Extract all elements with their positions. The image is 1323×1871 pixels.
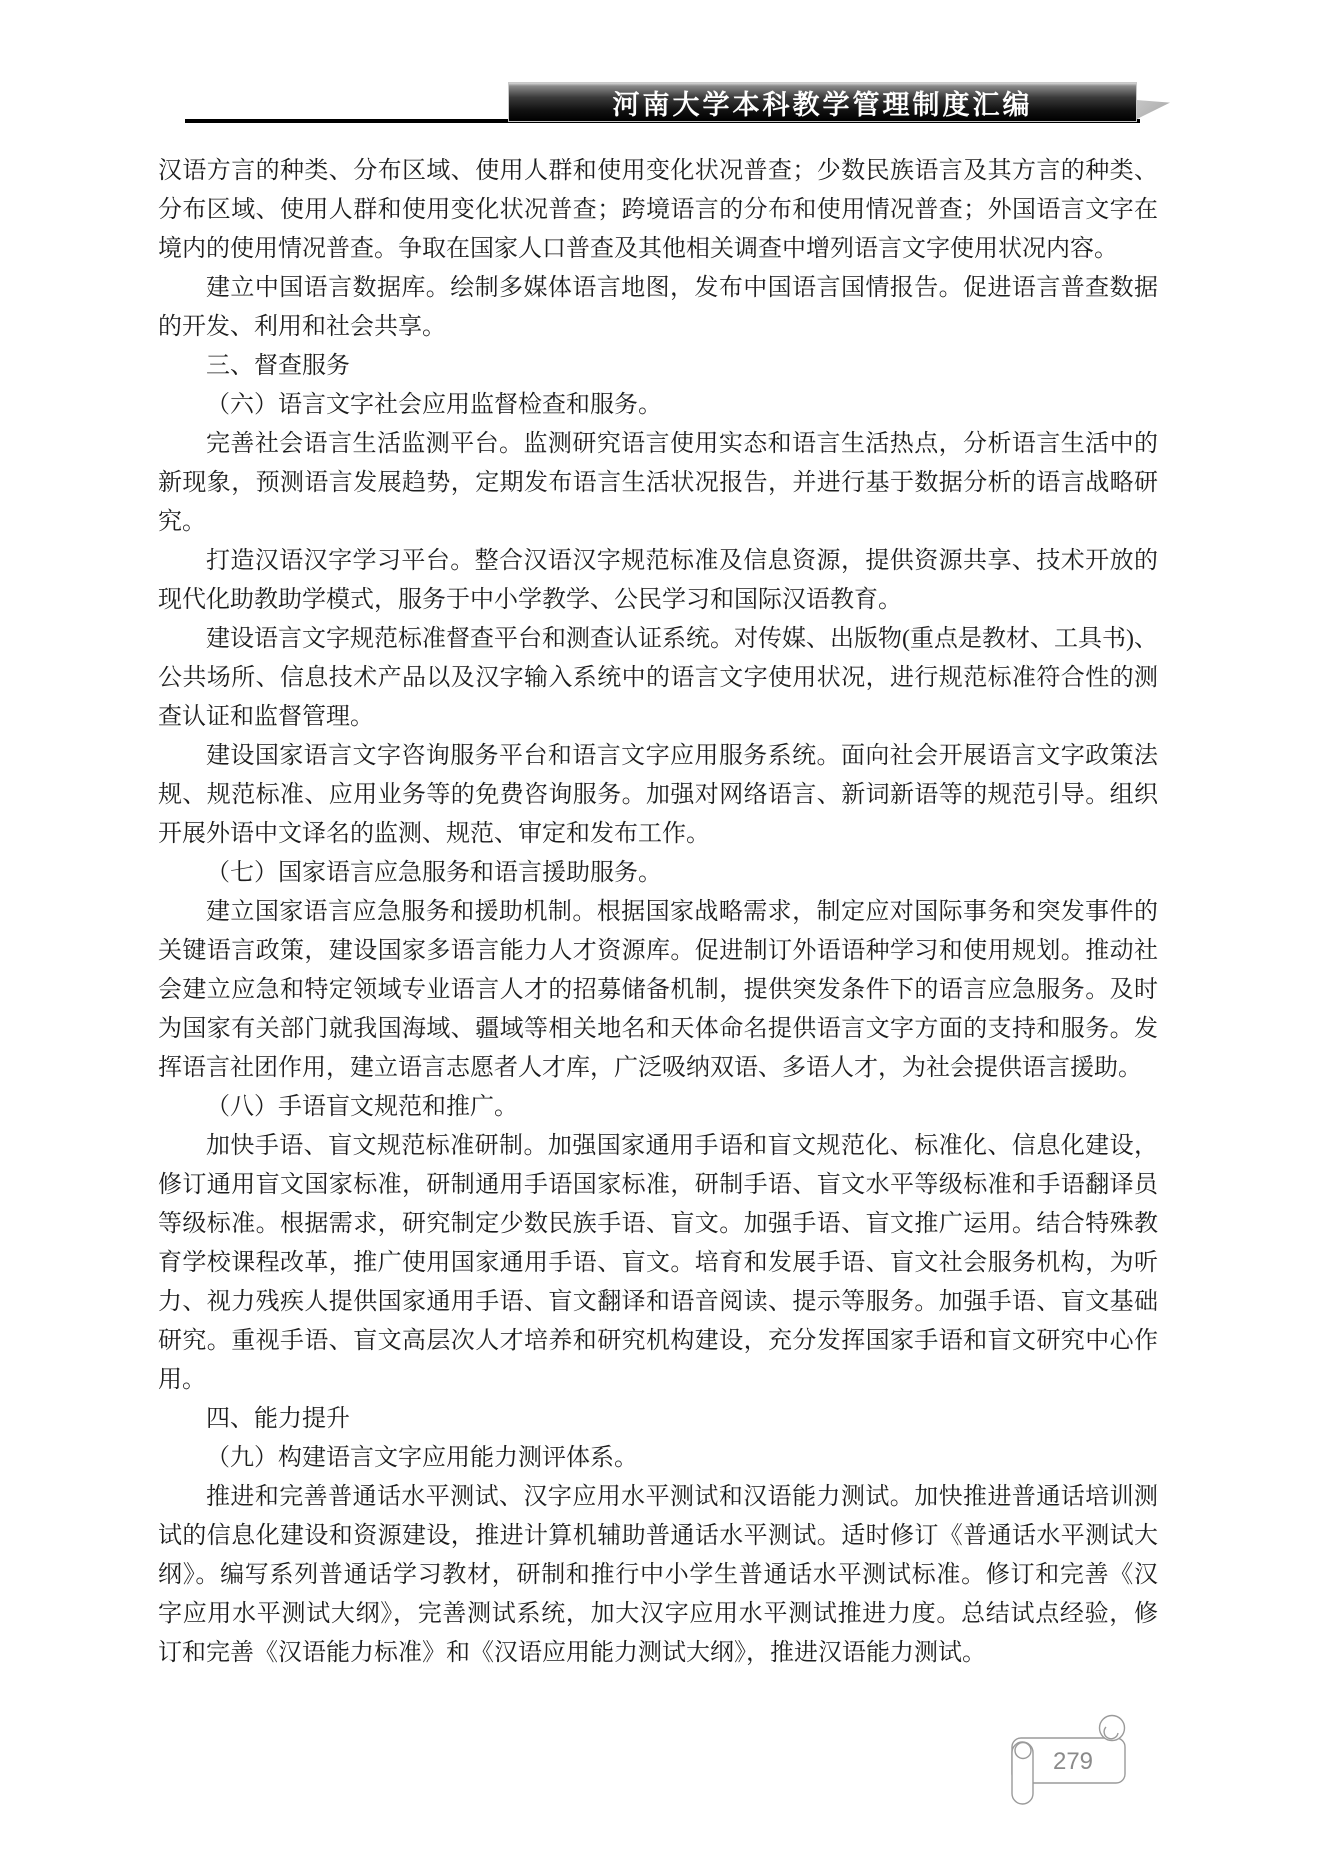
- header-banner: 河南大学本科教学管理制度汇编: [508, 82, 1137, 122]
- text-line: 推进和完善普通话水平测试、汉字应用水平测试和汉语能力测试。加快推进普通话培训测: [158, 1478, 1158, 1517]
- text-line: 等级标准。根据需求，研究制定少数民族手语、盲文。加强手语、盲文推广运用。结合特殊…: [158, 1205, 1158, 1244]
- scroll-top-roll: [1100, 1716, 1125, 1741]
- scroll-shape-icon: 279: [1000, 1712, 1132, 1812]
- text-line: 规、规范标准、应用业务等的免费咨询服务。加强对网络语言、新词新语等的规范引导。组…: [158, 776, 1158, 815]
- text-line: 建设语言文字规范标准督查平台和测查认证系统。对传媒、出版物(重点是教材、工具书)…: [158, 620, 1158, 659]
- text-line: 为国家有关部门就我国海域、疆域等相关地名和天体命名提供语言文字方面的支持和服务。…: [158, 1010, 1158, 1049]
- page-number: 279: [1053, 1748, 1093, 1775]
- text-line: 究。: [158, 503, 1158, 542]
- text-line: 研究。重视手语、盲文高层次人才培养和研究机构建设，充分发挥国家手语和盲文研究中心…: [158, 1322, 1158, 1361]
- text-line: 建立中国语言数据库。绘制多媒体语言地图，发布中国语言国情报告。促进语言普查数据: [158, 269, 1158, 308]
- text-line: （六）语言文字社会应用监督检查和服务。: [158, 386, 1158, 425]
- text-line: 加快手语、盲文规范标准研制。加强国家通用手语和盲文规范化、标准化、信息化建设，: [158, 1127, 1158, 1166]
- text-line: 订和完善《汉语能力标准》和《汉语应用能力测试大纲》，推进汉语能力测试。: [158, 1634, 1158, 1673]
- text-line: 字应用水平测试大纲》，完善测试系统，加大汉字应用水平测试推进力度。总结试点经验，…: [158, 1595, 1158, 1634]
- text-line: 公共场所、信息技术产品以及汉字输入系统中的语言文字使用状况，进行规范标准符合性的…: [158, 659, 1158, 698]
- text-line: 完善社会语言生活监测平台。监测研究语言使用实态和语言生活热点，分析语言生活中的: [158, 425, 1158, 464]
- text-line: 建设国家语言文字咨询服务平台和语言文字应用服务系统。面向社会开展语言文字政策法: [158, 737, 1158, 776]
- text-line: （九）构建语言文字应用能力测评体系。: [158, 1439, 1158, 1478]
- text-line: 三、督查服务: [158, 347, 1158, 386]
- text-line: 试的信息化建设和资源建设，推进计算机辅助普通话水平测试。适时修订《普通话水平测试…: [158, 1517, 1158, 1556]
- text-line: 新现象，预测语言发展趋势，定期发布语言生活状况报告，并进行基于数据分析的语言战略…: [158, 464, 1158, 503]
- text-line: 的开发、利用和社会共享。: [158, 308, 1158, 347]
- text-line: 修订通用盲文国家标准，研制通用手语国家标准，研制手语、盲文水平等级标准和手语翻译…: [158, 1166, 1158, 1205]
- banner-tail-decoration: [1137, 100, 1170, 119]
- document-page: 河南大学本科教学管理制度汇编 汉语方言的种类、分布区域、使用人群和使用变化状况普…: [0, 0, 1323, 1871]
- text-line: 汉语方言的种类、分布区域、使用人群和使用变化状况普查；少数民族语言及其方言的种类…: [158, 152, 1158, 191]
- text-line: 挥语言社团作用，建立语言志愿者人才库，广泛吸纳双语、多语人才，为社会提供语言援助…: [158, 1049, 1158, 1088]
- text-line: 关键语言政策，建设国家多语言能力人才资源库。促进制订外语语种学习和使用规划。推动…: [158, 932, 1158, 971]
- text-line: 四、能力提升: [158, 1400, 1158, 1439]
- text-line: 打造汉语汉字学习平台。整合汉语汉字规范标准及信息资源，提供资源共享、技术开放的: [158, 542, 1158, 581]
- scroll-tail-roll: [1015, 1743, 1031, 1759]
- text-line: 用。: [158, 1361, 1158, 1400]
- text-line: 现代化助教助学模式，服务于中小学教学、公民学习和国际汉语教育。: [158, 581, 1158, 620]
- text-line: 分布区域、使用人群和使用变化状况普查；跨境语言的分布和使用情况普查；外国语言文字…: [158, 191, 1158, 230]
- text-line: 力、视力残疾人提供国家通用手语、盲文翻译和语音阅读、提示等服务。加强手语、盲文基…: [158, 1283, 1158, 1322]
- text-line: 开展外语中文译名的监测、规范、审定和发布工作。: [158, 815, 1158, 854]
- banner-title: 河南大学本科教学管理制度汇编: [613, 83, 1033, 122]
- text-line: 查认证和监督管理。: [158, 698, 1158, 737]
- document-body: 汉语方言的种类、分布区域、使用人群和使用变化状况普查；少数民族语言及其方言的种类…: [158, 152, 1158, 1673]
- text-line: 会建立应急和特定领域专业语言人才的招募储备机制，提供突发条件下的语言应急服务。及…: [158, 971, 1158, 1010]
- text-line: 境内的使用情况普查。争取在国家人口普查及其他相关调查中增列语言文字使用状况内容。: [158, 230, 1158, 269]
- text-line: 育学校课程改革，推广使用国家通用手语、盲文。培育和发展手语、盲文社会服务机构，为…: [158, 1244, 1158, 1283]
- text-line: （八）手语盲文规范和推广。: [158, 1088, 1158, 1127]
- page-number-scroll: 279: [1000, 1712, 1132, 1812]
- text-line: 建立国家语言应急服务和援助机制。根据国家战略需求，制定应对国际事务和突发事件的: [158, 893, 1158, 932]
- text-line: （七）国家语言应急服务和语言援助服务。: [158, 854, 1158, 893]
- text-line: 纲》。编写系列普通话学习教材，研制和推行中小学生普通话水平测试标准。修订和完善《…: [158, 1556, 1158, 1595]
